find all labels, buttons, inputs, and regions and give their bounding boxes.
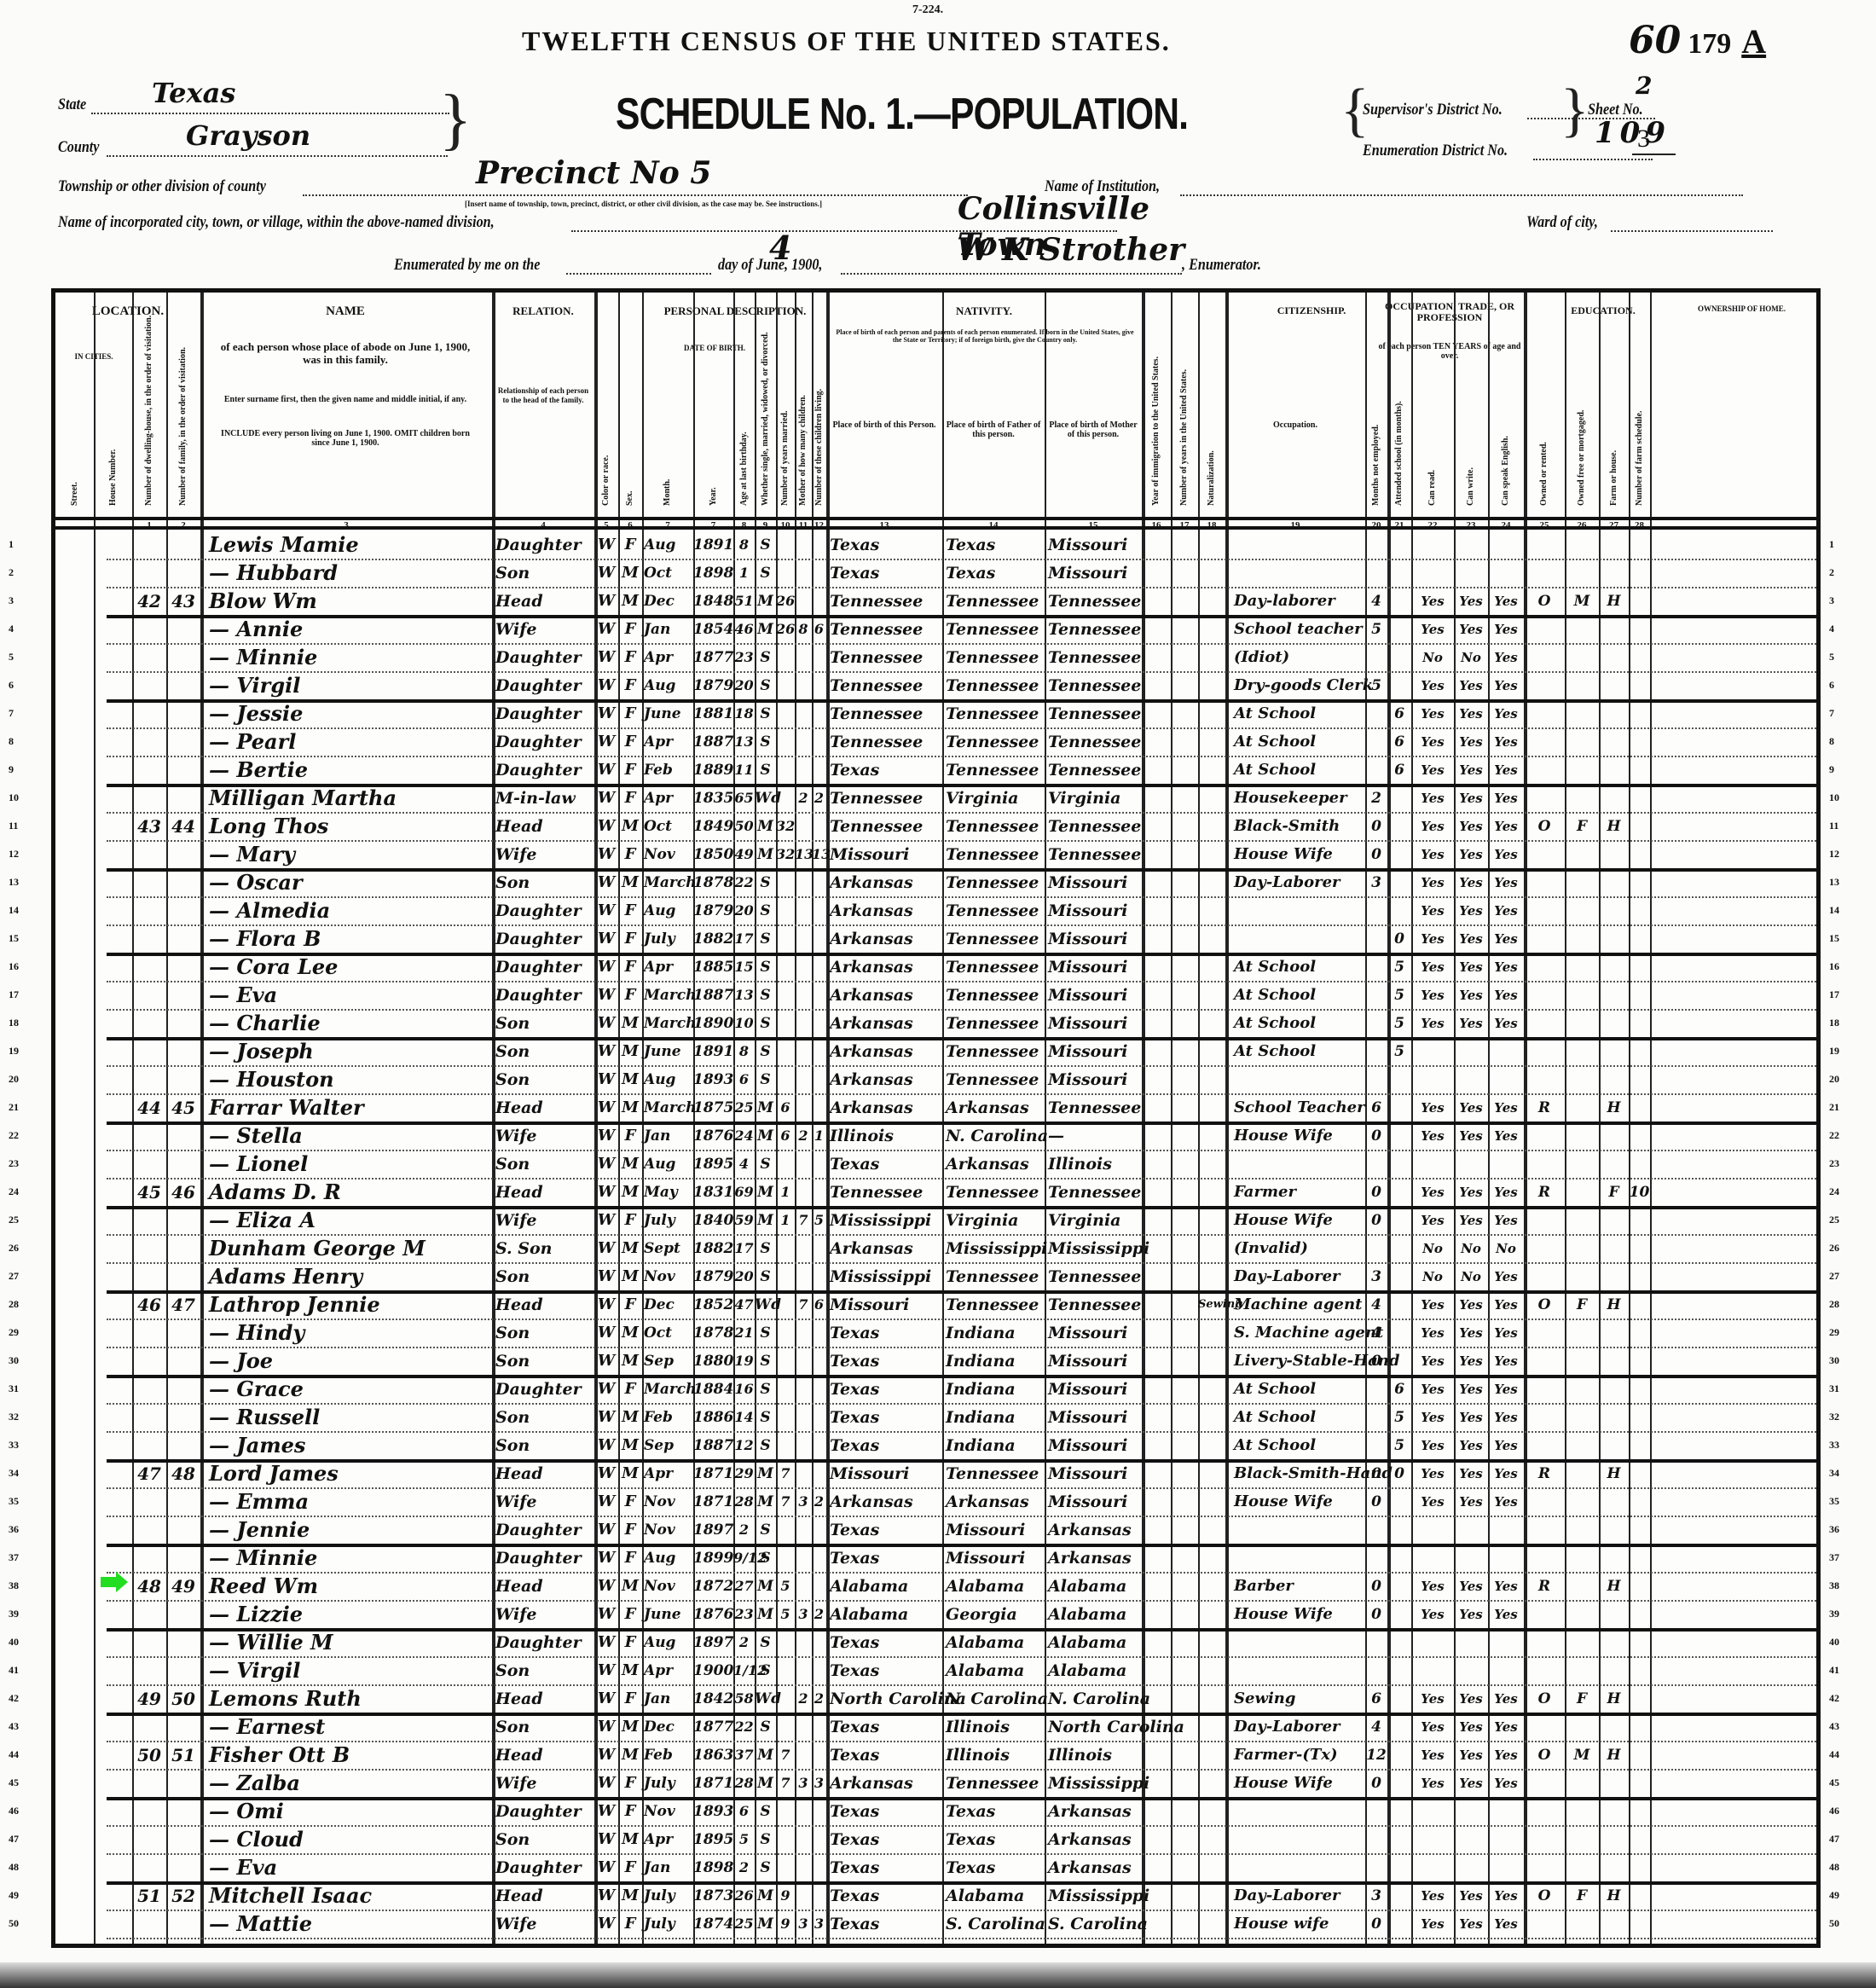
cell-age: 28 xyxy=(733,1772,755,1794)
cell-can-write: Yes xyxy=(1454,900,1488,922)
line-number: 42 xyxy=(9,1692,19,1705)
cell-children-living: 5 xyxy=(812,1209,826,1232)
line-number: 46 xyxy=(1829,1805,1839,1817)
cell-year: 1852 xyxy=(693,1294,733,1316)
cell-father-birthplace: Indiana xyxy=(946,1350,1048,1372)
line-number: 23 xyxy=(9,1157,19,1170)
column-number: 25 xyxy=(1524,520,1565,530)
cell-marital: M xyxy=(755,1913,776,1935)
column-number: 20 xyxy=(1365,520,1387,530)
cell-father-birthplace: Missouri xyxy=(946,1519,1048,1541)
cell-birthplace: Texas xyxy=(830,1378,946,1400)
cell-months-not-employed: 6 xyxy=(1365,1097,1387,1119)
column-number: 4 xyxy=(492,520,594,530)
cell-relation: Daughter xyxy=(495,984,594,1006)
cell-father-birthplace: Virginia xyxy=(946,1209,1048,1232)
cell-name: Adams D. R xyxy=(209,1181,492,1203)
cell-mother-birthplace: Illinois xyxy=(1048,1153,1145,1175)
column-number: 14 xyxy=(942,520,1045,530)
cell-birthplace: North Carolina xyxy=(830,1688,946,1710)
cell-sex: M xyxy=(618,872,642,894)
cell-can-write: Yes xyxy=(1454,1744,1488,1766)
cell-color: W xyxy=(594,1547,618,1569)
line-number: 32 xyxy=(9,1411,19,1423)
cell-age: 13 xyxy=(733,731,755,753)
cell-birthplace: Texas xyxy=(830,1153,946,1175)
cell-age: 20 xyxy=(733,675,755,697)
cell-owned-rented: O xyxy=(1524,1294,1565,1316)
cell-dwelling: 51 xyxy=(132,1885,166,1907)
cell-marital: S xyxy=(755,1800,776,1823)
line-number: 17 xyxy=(9,988,19,1001)
cell-farm-house: F xyxy=(1599,1181,1629,1203)
cell-color: W xyxy=(594,675,618,697)
cell-color: W xyxy=(594,1716,618,1738)
cell-relation: Son xyxy=(495,872,594,894)
cell-can-write: Yes xyxy=(1454,1125,1488,1147)
cell-year: 1879 xyxy=(693,675,733,697)
line-number: 44 xyxy=(9,1748,19,1761)
cell-marital: M xyxy=(755,618,776,640)
cell-age: 37 xyxy=(733,1744,755,1766)
cell-sex: M xyxy=(618,1322,642,1344)
cell-farm-schedule: 10 xyxy=(1629,1181,1650,1203)
cell-mother-birthplace: Tennessee xyxy=(1048,759,1145,781)
cell-year: 1899 xyxy=(693,1547,733,1569)
cell-sex: F xyxy=(618,1209,642,1232)
cell-attended-school: 6 xyxy=(1387,731,1411,753)
cell-mother-birthplace: Missouri xyxy=(1048,1491,1145,1513)
cell-father-birthplace: N. Carolina xyxy=(946,1688,1048,1710)
cell-relation: Wife xyxy=(495,1913,594,1935)
cell-month: Nov xyxy=(644,1266,695,1288)
cell-can-write: Yes xyxy=(1454,1378,1488,1400)
cell-name: — Annie xyxy=(209,618,492,640)
cell-month: Nov xyxy=(644,1800,695,1823)
cell-age: 47 xyxy=(733,1294,755,1316)
cell-birthplace: Texas xyxy=(830,1547,946,1569)
cell-occupation: School teacher xyxy=(1234,618,1365,640)
cell-father-birthplace: Indiana xyxy=(946,1378,1048,1400)
cell-can-speak-english: Yes xyxy=(1488,1266,1524,1288)
group-name: NAME xyxy=(200,304,490,319)
cell-attended-school: 6 xyxy=(1387,1378,1411,1400)
cell-year: 1872 xyxy=(693,1575,733,1597)
column-header-28: Number of farm schedule. xyxy=(1635,361,1644,506)
cell-occupation: School Teacher xyxy=(1234,1097,1365,1119)
cell-marital: M xyxy=(755,1885,776,1907)
cell-mother-birthplace: Missouri xyxy=(1048,1040,1145,1063)
cell-can-speak-english: Yes xyxy=(1488,928,1524,950)
cell-farm-house: H xyxy=(1599,1575,1629,1597)
cell-attended-school: 5 xyxy=(1387,1012,1411,1035)
cell-name: — Jennie xyxy=(209,1519,492,1541)
cell-year: 1887 xyxy=(693,984,733,1006)
cell-color: W xyxy=(594,1350,618,1372)
cell-farm-house: H xyxy=(1599,815,1629,838)
cell-owned-rented: R xyxy=(1524,1463,1565,1485)
cell-attended-school: 6 xyxy=(1387,703,1411,725)
line-number: 14 xyxy=(9,904,19,917)
line-number: 47 xyxy=(1829,1833,1839,1846)
cell-relation: Son xyxy=(495,1153,594,1175)
line-number: 18 xyxy=(1829,1017,1839,1029)
cell-name: — Lizzie xyxy=(209,1603,492,1626)
cell-sex: F xyxy=(618,759,642,781)
cell-marital: S xyxy=(755,1857,776,1879)
column-number: 7 xyxy=(693,520,733,530)
cell-year: 1898 xyxy=(693,562,733,584)
cell-sex: M xyxy=(618,1885,642,1907)
cell-mother-birthplace: Arkansas xyxy=(1048,1829,1145,1851)
cell-age: 15 xyxy=(733,956,755,978)
cell-sex: F xyxy=(618,787,642,809)
cell-marital: M xyxy=(755,1491,776,1513)
group-occupation: OCCUPATION, TRADE, OR PROFESSION xyxy=(1369,301,1531,323)
cell-dwelling: 50 xyxy=(132,1744,166,1766)
cell-can-speak-english: Yes xyxy=(1488,1434,1524,1457)
group-relation: RELATION. xyxy=(492,304,594,318)
cell-can-read: Yes xyxy=(1411,1181,1454,1203)
cell-marital: M xyxy=(755,1772,776,1794)
cell-relation: Son xyxy=(495,1350,594,1372)
cell-year: 1891 xyxy=(693,1040,733,1063)
cell-birthplace: Arkansas xyxy=(830,984,946,1006)
cell-sex: F xyxy=(618,646,642,669)
county-value: Grayson xyxy=(186,119,310,152)
cell-month: Apr xyxy=(644,1463,695,1485)
cell-occupation: At School xyxy=(1234,956,1365,978)
cell-birthplace: Texas xyxy=(830,759,946,781)
cell-occupation: At School xyxy=(1234,984,1365,1006)
cell-occupation: At School xyxy=(1234,1406,1365,1429)
cell-relation: Son xyxy=(495,1716,594,1738)
cell-occupation: Housekeeper xyxy=(1234,787,1365,809)
cell-name: — Eva xyxy=(209,984,492,1006)
cell-marital: S xyxy=(755,1350,776,1372)
cell-months-not-employed: 4 xyxy=(1365,590,1387,612)
cell-sex: F xyxy=(618,928,642,950)
line-number: 36 xyxy=(1829,1523,1839,1536)
cell-can-write: Yes xyxy=(1454,1885,1488,1907)
line-number: 3 xyxy=(1829,594,1834,607)
cell-sex: M xyxy=(618,1097,642,1119)
cell-color: W xyxy=(594,1322,618,1344)
cell-father-birthplace: Tennessee xyxy=(946,1772,1048,1794)
cell-year: 1881 xyxy=(693,703,733,725)
cell-name: Lord James xyxy=(209,1463,492,1485)
cell-year: 1854 xyxy=(693,618,733,640)
cell-mother-birthplace: Tennessee xyxy=(1048,703,1145,725)
cell-name: — Cloud xyxy=(209,1829,492,1851)
cell-month: Aug xyxy=(644,1069,695,1091)
line-number: 12 xyxy=(1829,848,1839,861)
relation-desc: Relationship of each person to the head … xyxy=(495,386,591,405)
cell-occupation: At School xyxy=(1234,759,1365,781)
cell-month: Aug xyxy=(644,675,695,697)
cell-occupation: House Wife xyxy=(1234,1491,1365,1513)
cell-relation: Son xyxy=(495,1660,594,1682)
cell-month: March xyxy=(644,872,695,894)
cell-year: 1891 xyxy=(693,534,733,556)
cell-birthplace: Illinois xyxy=(830,1125,946,1147)
cell-color: W xyxy=(594,1603,618,1626)
cell-can-speak-english: Yes xyxy=(1488,815,1524,838)
cell-can-write: Yes xyxy=(1454,1463,1488,1485)
cell-color: W xyxy=(594,1181,618,1203)
cell-sex: F xyxy=(618,1294,642,1316)
cell-months-not-employed: 4 xyxy=(1365,1716,1387,1738)
cell-years-married: 32 xyxy=(776,815,795,838)
cell-can-write: Yes xyxy=(1454,928,1488,950)
cell-birthplace: Texas xyxy=(830,562,946,584)
cell-can-speak-english: Yes xyxy=(1488,1350,1524,1372)
cell-owned-rented: O xyxy=(1524,1744,1565,1766)
cell-month: July xyxy=(644,1913,695,1935)
column-header-7: Year. xyxy=(709,361,718,506)
cell-name: — Bertie xyxy=(209,759,492,781)
line-number: 44 xyxy=(1829,1748,1839,1761)
township-field: Township or other division of county Pre… xyxy=(58,177,968,196)
line-number: 5 xyxy=(1829,651,1834,664)
line-number: 26 xyxy=(1829,1242,1839,1255)
cell-mother-birthplace: Missouri xyxy=(1048,1012,1145,1035)
cell-can-speak-english: Yes xyxy=(1488,618,1524,640)
cell-marital: S xyxy=(755,900,776,922)
cell-years-married: 7 xyxy=(776,1744,795,1766)
cell-marital: S xyxy=(755,1660,776,1682)
cell-can-write: Yes xyxy=(1454,843,1488,866)
cell-marital: M xyxy=(755,1744,776,1766)
cell-can-read: Yes xyxy=(1411,1097,1454,1119)
cell-can-write: Yes xyxy=(1454,1097,1488,1119)
line-number: 13 xyxy=(9,876,19,889)
cell-age: 1 xyxy=(733,562,755,584)
cell-age: 58 xyxy=(733,1688,755,1710)
cell-can-read: Yes xyxy=(1411,1012,1454,1035)
column-number: 28 xyxy=(1629,520,1650,530)
cell-dwelling: 45 xyxy=(132,1181,166,1203)
census-page: 7-224. TWELFTH CENSUS OF THE UNITED STAT… xyxy=(0,0,1876,1988)
page-number: 60179A xyxy=(1629,19,1766,62)
cell-month: Aug xyxy=(644,1632,695,1654)
cell-mother-birthplace: Alabama xyxy=(1048,1603,1145,1626)
line-number: 40 xyxy=(9,1636,19,1649)
cell-name: — James xyxy=(209,1434,492,1457)
cell-mother-birthplace: Missouri xyxy=(1048,928,1145,950)
cell-can-speak-english: Yes xyxy=(1488,1181,1524,1203)
column-header-12: Number of these children living. xyxy=(814,361,824,506)
column-header-15: Place of birth of Mother of this person. xyxy=(1048,420,1138,439)
cell-occupation: Sewing xyxy=(1234,1688,1365,1710)
cell-can-read: Yes xyxy=(1411,1716,1454,1738)
cell-relation: Head xyxy=(495,1294,594,1316)
cell-mother-birthplace: Missouri xyxy=(1048,1069,1145,1091)
line-number: 28 xyxy=(9,1298,19,1311)
cell-occupation: Farmer xyxy=(1234,1181,1365,1203)
cell-year: 1873 xyxy=(693,1885,733,1907)
cell-relation: Son xyxy=(495,1069,594,1091)
line-number: 39 xyxy=(9,1608,19,1620)
supervisor-label: Supervisor's District No. xyxy=(1363,101,1503,119)
cell-father-birthplace: Texas xyxy=(946,1829,1048,1851)
cell-father-birthplace: Indiana xyxy=(946,1322,1048,1344)
cell-month: Sep xyxy=(644,1434,695,1457)
cell-month: Oct xyxy=(644,562,695,584)
line-number: 18 xyxy=(9,1017,19,1029)
cell-can-read: No xyxy=(1411,1266,1454,1288)
line-number: 1 xyxy=(1829,538,1834,551)
cell-color: W xyxy=(594,872,618,894)
cell-attended-school: 5 xyxy=(1387,1040,1411,1063)
census-table: LOCATION. IN CITIES. NAME of each person… xyxy=(51,288,1821,1948)
line-number: 11 xyxy=(1829,820,1838,832)
cell-can-read: Yes xyxy=(1411,1688,1454,1710)
cell-month: March xyxy=(644,1097,695,1119)
cell-months-not-employed: 0 xyxy=(1365,1463,1387,1485)
cell-can-write: No xyxy=(1454,1237,1488,1260)
cell-marital: Wd xyxy=(755,1688,776,1710)
cell-marital: S xyxy=(755,731,776,753)
line-number: 16 xyxy=(1829,960,1839,973)
cell-month: Nov xyxy=(644,1491,695,1513)
cell-month: July xyxy=(644,1885,695,1907)
cell-occupation: Barber xyxy=(1234,1575,1365,1597)
line-number: 36 xyxy=(9,1523,19,1536)
state-label: State xyxy=(58,96,86,114)
cell-sex: F xyxy=(618,1378,642,1400)
line-number: 43 xyxy=(9,1720,19,1733)
cell-color: W xyxy=(594,703,618,725)
cell-can-speak-english: Yes xyxy=(1488,1716,1524,1738)
cell-birthplace: Tennessee xyxy=(830,590,946,612)
column-header-23: Can write. xyxy=(1466,361,1475,506)
cell-can-write: Yes xyxy=(1454,1603,1488,1626)
cell-father-birthplace: Arkansas xyxy=(946,1491,1048,1513)
column-number: 27 xyxy=(1599,520,1629,530)
cell-family: 47 xyxy=(166,1294,200,1316)
cell-age: 20 xyxy=(733,900,755,922)
cell-occupation: Day-Laborer xyxy=(1234,872,1365,894)
line-number: 9 xyxy=(9,763,14,776)
cell-month: Apr xyxy=(644,1660,695,1682)
cell-can-speak-english: Yes xyxy=(1488,843,1524,866)
cell-children-living: 3 xyxy=(812,1913,826,1935)
cell-color: W xyxy=(594,1463,618,1485)
group-location: LOCATION. xyxy=(55,304,200,319)
line-number: 19 xyxy=(1829,1045,1839,1058)
column-number: 19 xyxy=(1225,520,1365,530)
cell-month: Aug xyxy=(644,1547,695,1569)
cell-birthplace: Tennessee xyxy=(830,703,946,725)
cell-mother-birthplace: S. Carolina xyxy=(1048,1913,1145,1935)
cell-can-write: Yes xyxy=(1454,984,1488,1006)
cell-name: — Charlie xyxy=(209,1012,492,1035)
cell-name: Lewis Mamie xyxy=(209,534,492,556)
column-header-17: Number of years in the United States. xyxy=(1179,361,1189,506)
cell-month: June xyxy=(644,703,695,725)
cell-mother-children: 3 xyxy=(795,1913,812,1935)
cell-dwelling: 48 xyxy=(132,1575,166,1597)
cell-year: 1835 xyxy=(693,787,733,809)
cell-can-speak-english: No xyxy=(1488,1237,1524,1260)
line-number: 4 xyxy=(1829,623,1834,635)
cell-family: 46 xyxy=(166,1181,200,1203)
cell-father-birthplace: Mississippi xyxy=(946,1237,1048,1260)
cell-year: 1871 xyxy=(693,1463,733,1485)
cell-attended-school: 0 xyxy=(1387,1463,1411,1485)
cell-months-not-employed: 4 xyxy=(1365,1322,1387,1344)
column-header-21: Attended school (in months). xyxy=(1394,361,1404,506)
cell-year: 1875 xyxy=(693,1097,733,1119)
cell-occupation: (Idiot) xyxy=(1234,646,1365,669)
cell-years-married: 7 xyxy=(776,1463,795,1485)
cell-can-speak-english: Yes xyxy=(1488,1603,1524,1626)
cell-occupation: House Wife xyxy=(1234,1125,1365,1147)
cell-relation: Head xyxy=(495,1463,594,1485)
cell-can-write: Yes xyxy=(1454,1688,1488,1710)
cell-age: 24 xyxy=(733,1125,755,1147)
cell-sex: F xyxy=(618,675,642,697)
cell-relation: Wife xyxy=(495,618,594,640)
ward-label: Ward of city, xyxy=(1526,213,1598,232)
cell-mother-birthplace: Missouri xyxy=(1048,956,1145,978)
cell-name: — Mary xyxy=(209,843,492,866)
cell-family: 50 xyxy=(166,1688,200,1710)
cell-month: Aug xyxy=(644,534,695,556)
line-number: 3 xyxy=(9,594,14,607)
column-header-26: Owned free or mortgaged. xyxy=(1577,361,1586,506)
cell-marital: S xyxy=(755,562,776,584)
cell-sex: M xyxy=(618,1406,642,1429)
cell-name: — Omi xyxy=(209,1800,492,1823)
line-number: 12 xyxy=(9,848,19,861)
cell-month: Apr xyxy=(644,646,695,669)
cell-name: — Hubbard xyxy=(209,562,492,584)
cell-month: March xyxy=(644,1012,695,1035)
column-header-24: Can speak English. xyxy=(1501,361,1510,506)
cell-color: W xyxy=(594,1266,618,1288)
cell-family: 43 xyxy=(166,590,200,612)
cell-children-living: 2 xyxy=(812,1491,826,1513)
cell-can-read: Yes xyxy=(1411,928,1454,950)
cell-year: 1840 xyxy=(693,1209,733,1232)
cell-years-married: 9 xyxy=(776,1885,795,1907)
cell-occupation: At School xyxy=(1234,1040,1365,1063)
cell-birthplace: Tennessee xyxy=(830,646,946,669)
cell-birthplace: Alabama xyxy=(830,1603,946,1626)
cell-color: W xyxy=(594,1519,618,1541)
cell-sex: M xyxy=(618,1266,642,1288)
cell-can-write: Yes xyxy=(1454,1434,1488,1457)
cell-can-write: Yes xyxy=(1454,1491,1488,1513)
column-number: 18 xyxy=(1198,520,1225,530)
sheet-field: Sheet No. 3 xyxy=(1588,101,1676,155)
cell-year: 1887 xyxy=(693,1434,733,1457)
cell-color: W xyxy=(594,1378,618,1400)
date-of-birth: DATE OF BIRTH. xyxy=(668,344,761,353)
cell-can-read: Yes xyxy=(1411,1575,1454,1597)
cell-relation: Son xyxy=(495,562,594,584)
cell-sex: M xyxy=(618,1012,642,1035)
cell-can-read: Yes xyxy=(1411,1913,1454,1935)
cell-can-speak-english: Yes xyxy=(1488,1463,1524,1485)
cell-father-birthplace: Tennessee xyxy=(946,928,1048,950)
cell-month: July xyxy=(644,1209,695,1232)
cell-age: 8 xyxy=(733,1040,755,1063)
line-number: 34 xyxy=(9,1467,19,1480)
line-number: 45 xyxy=(1829,1776,1839,1789)
